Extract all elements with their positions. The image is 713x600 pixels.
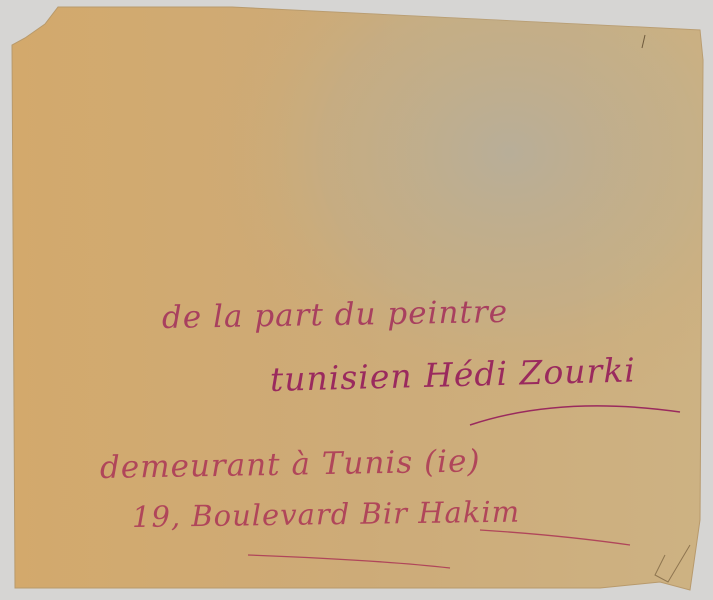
handwriting-line-4: 19, Boulevard Bir Hakim [132,495,521,534]
handwriting-line-3: demeurant à Tunis (ie) [100,443,481,486]
handwriting-line-1: de la part du peintre [162,294,509,336]
envelope-paper: de la part du peintre tunisien Hédi Zour… [0,0,713,600]
